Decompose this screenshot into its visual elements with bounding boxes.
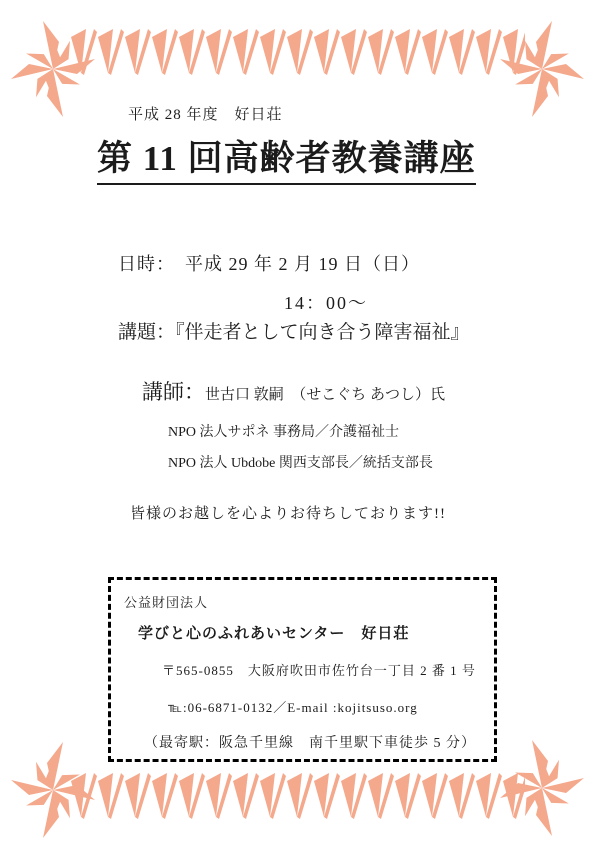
event-datetime: 日時： 平成 29 年 2 月 19 日（日） xyxy=(118,250,420,276)
lecturer-label: 講師： xyxy=(142,380,205,404)
corner-flower-icon xyxy=(3,14,103,119)
event-time: 14：00～ xyxy=(284,289,368,315)
top-border-zigzag xyxy=(70,28,525,76)
corner-flower-icon xyxy=(3,740,103,842)
venue-address: 〒565-0855 大阪府吹田市佐竹台一丁目 2 番 1 号 xyxy=(162,660,476,679)
page-title: 第 11 回高齢者教養講座 xyxy=(97,131,476,185)
event-topic: 講題：『伴走者として向き合う障害福祉』 xyxy=(118,317,470,344)
venue-org-type: 公益財団法人 xyxy=(124,592,208,611)
fiscal-year-line: 平成 28 年度 好日荘 xyxy=(128,103,283,124)
lecturer-name: 世古口 敦嗣 （せこぐち あつし）氏 xyxy=(205,387,445,403)
venue-contact: ℡:06-6871-0132／E-mail :kojitsuso.org xyxy=(168,697,418,716)
venue-name: 学びと心のふれあいセンター 好日荘 xyxy=(138,622,409,643)
corner-flower-icon xyxy=(492,14,592,119)
bottom-border-zigzag xyxy=(70,772,525,820)
lecturer-line: 講師：世古口 敦嗣 （せこぐち あつし）氏 xyxy=(142,376,445,406)
venue-access: （最寄駅：阪急千里線 南千里駅下車徒歩 5 分） xyxy=(144,732,476,752)
flyer-page: 平成 28 年度 好日荘 第 11 回高齢者教養講座 日時： 平成 29 年 2… xyxy=(0,0,595,842)
lecturer-affiliation-1: NPO 法人サポネ 事務局／介護福祉士 xyxy=(168,421,399,441)
lecturer-affiliation-2: NPO 法人 Ubdobe 関西支部長／統括支部長 xyxy=(168,452,433,472)
closing-message: 皆様のお越しを心よりお待ちしております!! xyxy=(130,502,446,523)
venue-info-box: 公益財団法人 学びと心のふれあいセンター 好日荘 〒565-0855 大阪府吹田… xyxy=(108,577,497,762)
corner-flower-icon xyxy=(492,738,592,842)
